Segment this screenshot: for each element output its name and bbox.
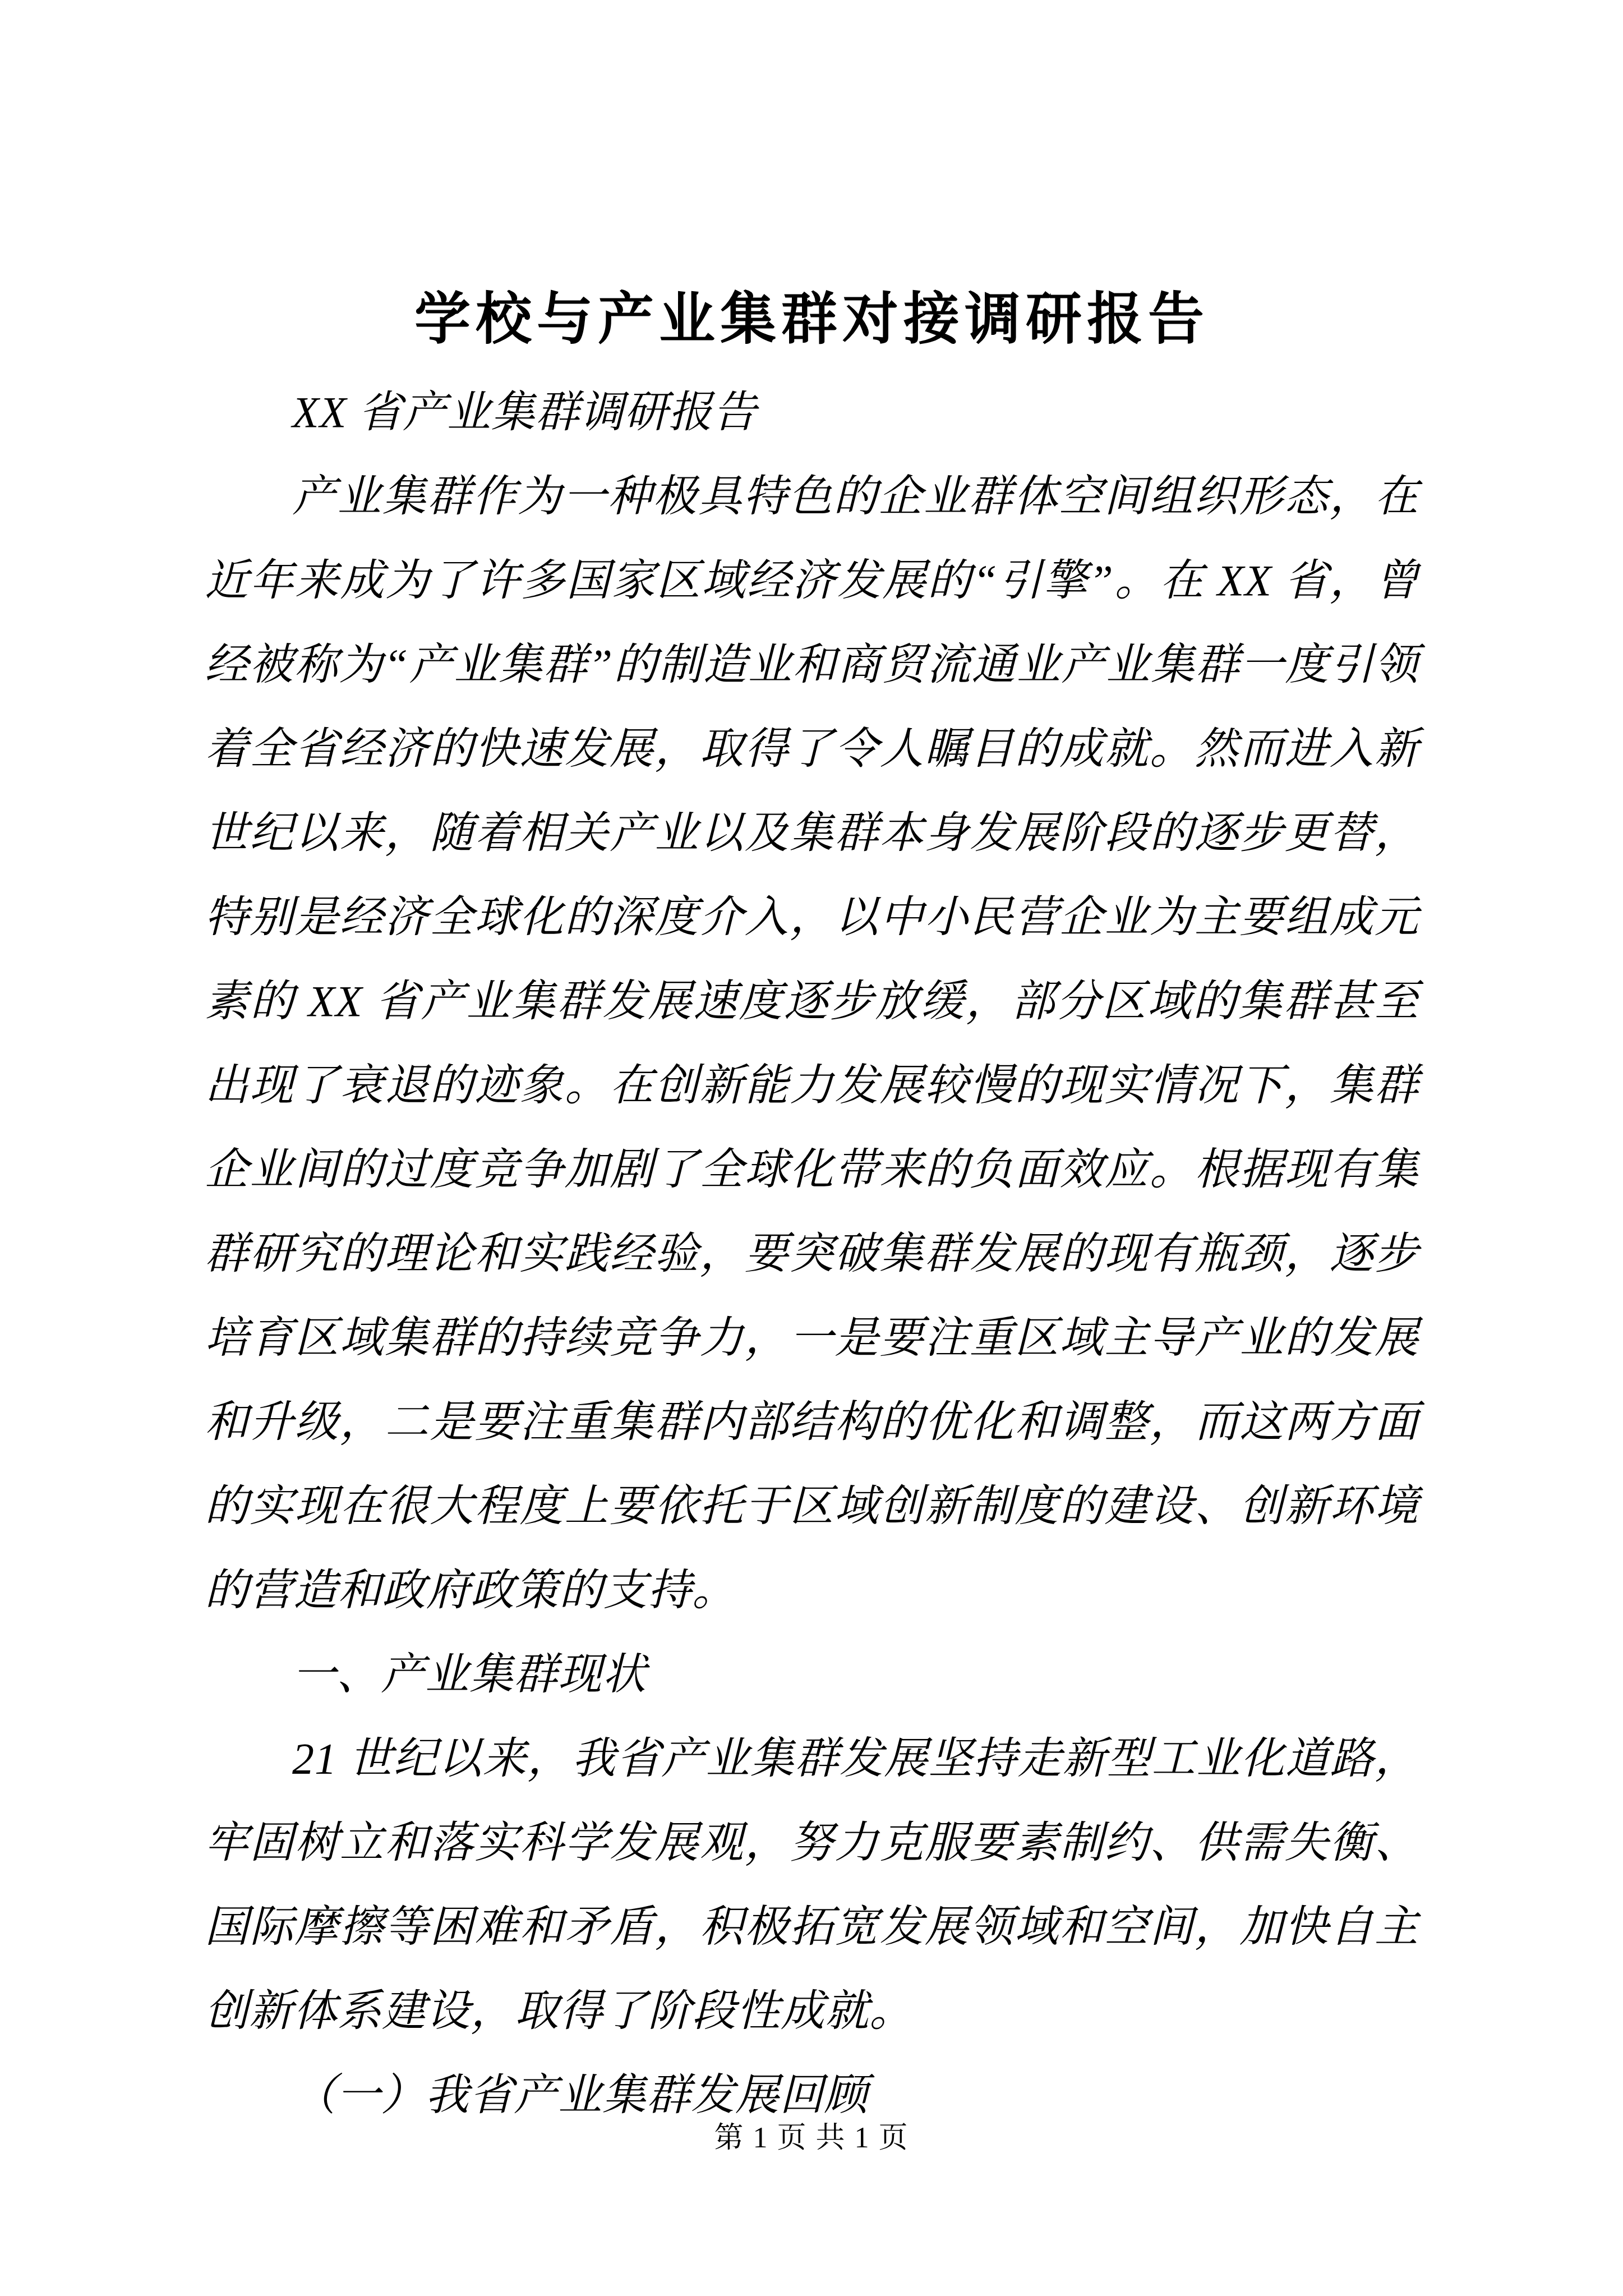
- paragraph-section-one: 21 世纪以来，我省产业集群发展坚持走新型工业化道路，牢固树立和落实科学发展观，…: [205, 1717, 1419, 2053]
- paragraph-intro: 产业集群作为一种极具特色的企业群体空间组织形态，在近年来成为了许多国家区域经济发…: [205, 454, 1419, 1632]
- heading-section-one: 一、产业集群现状: [205, 1632, 1419, 1717]
- paragraph-subtitle-line: XX 省产业集群调研报告: [205, 370, 1419, 454]
- document-title: 学校与产业集群对接调研报告: [205, 283, 1419, 356]
- page-number-footer: 第 1 页 共 1 页: [0, 2114, 1623, 2156]
- document-page: 学校与产业集群对接调研报告 XX 省产业集群调研报告 产业集群作为一种极具特色的…: [0, 0, 1623, 2296]
